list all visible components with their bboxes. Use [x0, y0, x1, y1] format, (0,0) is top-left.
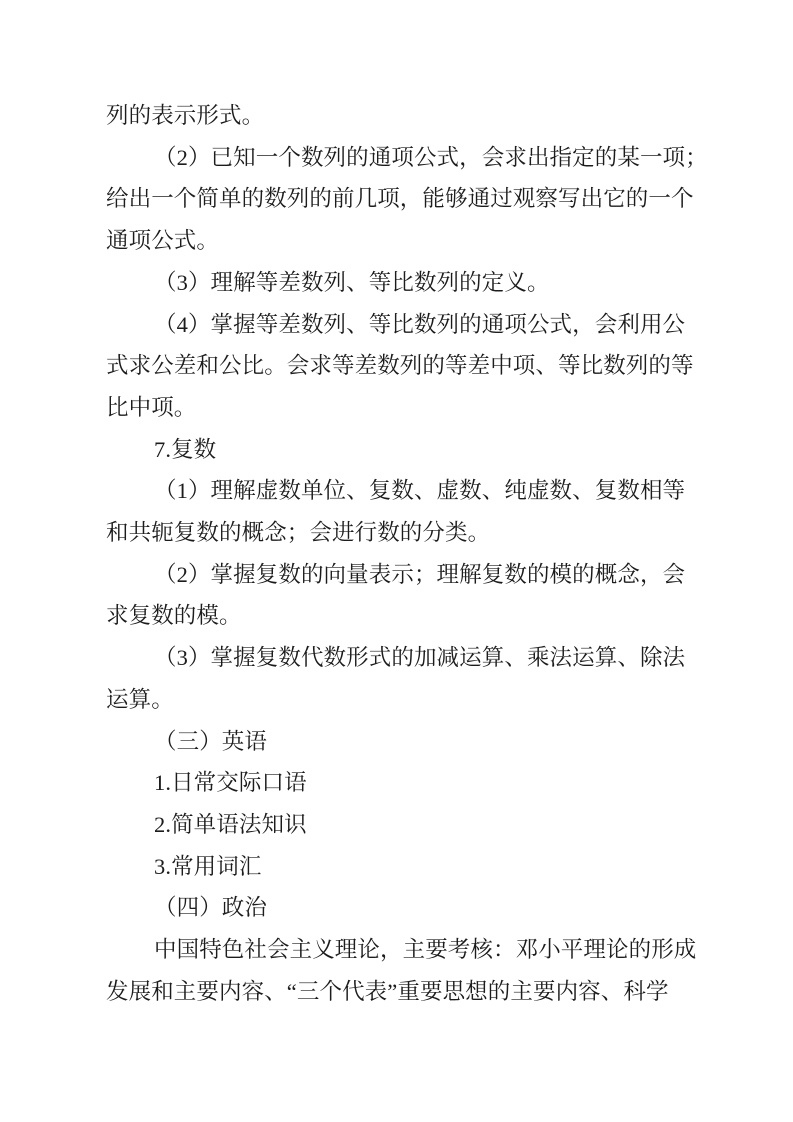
text-line: 和共轭复数的概念；会进行数的分类。 [106, 512, 711, 554]
text-line: 通项公式。 [106, 220, 711, 262]
text-line: 给出一个简单的数列的前几项，能够通过观察写出它的一个 [106, 178, 711, 220]
text-line: （3）掌握复数代数形式的加减运算、乘法运算、除法 [106, 637, 711, 679]
document-text-block: 列的表示形式。（2）已知一个数列的通项公式，会求出指定的某一项；给出一个简单的数… [106, 95, 711, 1012]
text-line: 式求公差和公比。会求等差数列的等差中项、等比数列的等 [106, 345, 711, 387]
text-line: 1.日常交际口语 [106, 762, 711, 804]
text-line: 3.常用词汇 [106, 846, 711, 888]
text-line: 比中项。 [106, 387, 711, 429]
text-line: 7.复数 [106, 429, 711, 471]
text-line: 发展和主要内容、“三个代表”重要思想的主要内容、科学 [106, 971, 711, 1013]
text-line: 求复数的模。 [106, 595, 711, 637]
document-page: 列的表示形式。（2）已知一个数列的通项公式，会求出指定的某一项；给出一个简单的数… [0, 0, 793, 1122]
text-line: （3）理解等差数列、等比数列的定义。 [106, 262, 711, 304]
text-line: 运算。 [106, 679, 711, 721]
text-line: 中国特色社会主义理论，主要考核：邓小平理论的形成 [106, 929, 711, 971]
text-line: 列的表示形式。 [106, 95, 711, 137]
text-line: （2）掌握复数的向量表示；理解复数的模的概念，会 [106, 554, 711, 596]
text-line: （三）英语 [106, 721, 711, 763]
text-line: （4）掌握等差数列、等比数列的通项公式，会利用公 [106, 304, 711, 346]
text-line: （1）理解虚数单位、复数、虚数、纯虚数、复数相等 [106, 470, 711, 512]
text-line: （2）已知一个数列的通项公式，会求出指定的某一项； [106, 137, 711, 179]
text-line: （四）政治 [106, 887, 711, 929]
text-line: 2.简单语法知识 [106, 804, 711, 846]
